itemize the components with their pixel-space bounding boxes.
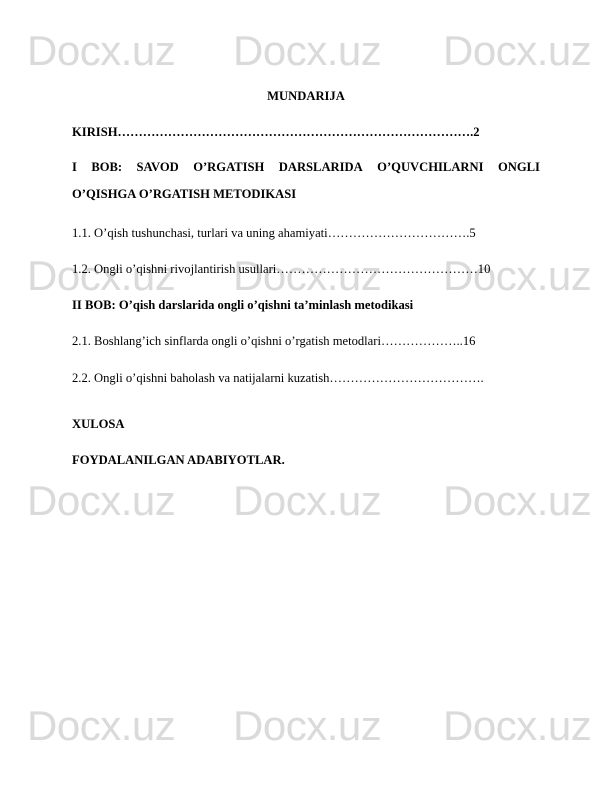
document-page: MUNDARIJA KIRISH………………………………………………………………… bbox=[0, 0, 612, 792]
toc-entry-intro: KIRISH………………………………………………………………………….2 bbox=[72, 124, 540, 140]
chapter1-word: SAVOD bbox=[137, 159, 179, 175]
toc-leader-dots: …………………………………………………………………………. bbox=[118, 125, 474, 139]
toc-entry-label: 1.2. Ongli o’qishni rivojlantirish usull… bbox=[72, 262, 276, 276]
toc-entry-1-2: 1.2. Ongli o’qishni rivojlantirish usull… bbox=[72, 261, 540, 277]
toc-page-number: 10 bbox=[478, 262, 491, 276]
chapter1-title-line2: O’QISHGA O’RGATISH METODIKASI bbox=[72, 186, 540, 202]
toc-page-number: 5 bbox=[469, 226, 475, 240]
toc-leader-dots: ……………………………. bbox=[328, 226, 470, 240]
toc-leader-dots: ………………………………. bbox=[329, 371, 483, 385]
toc-entry-references: FOYDALANILGAN ADABIYOTLAR. bbox=[72, 452, 540, 468]
chapter1-title-line1: I BOB: SAVOD O’RGATISH DARSLARIDA O’QUVC… bbox=[72, 159, 540, 175]
chapter1-word: DARSLARIDA bbox=[279, 159, 363, 175]
chapter1-word: I bbox=[72, 159, 77, 175]
toc-entry-label: 2.2. Ongli o’qishni baholash va natijala… bbox=[72, 371, 329, 385]
toc-entry-2-2: 2.2. Ongli o’qishni baholash va natijala… bbox=[72, 370, 540, 386]
toc-leader-dots: ………………………………………… bbox=[276, 262, 478, 276]
chapter1-word: O’RGATISH bbox=[193, 159, 264, 175]
toc-entry-conclusion: XULOSA bbox=[72, 416, 540, 432]
toc-leader-dots: ……………….. bbox=[381, 334, 463, 348]
toc-title: MUNDARIJA bbox=[0, 88, 612, 104]
toc-entry-label: KIRISH bbox=[72, 125, 118, 139]
chapter1-word: BOB: bbox=[91, 159, 122, 175]
toc-entry-label: 1.1. O’qish tushunchasi, turlari va unin… bbox=[72, 226, 328, 240]
chapter2-title: II BOB: O’qish darslarida ongli o’qishni… bbox=[72, 297, 540, 313]
chapter1-word: ONGLI bbox=[498, 159, 540, 175]
chapter1-word: O’QUVCHILARNI bbox=[377, 159, 483, 175]
toc-page-number: 16 bbox=[463, 334, 476, 348]
toc-entry-1-1: 1.1. O’qish tushunchasi, turlari va unin… bbox=[72, 225, 540, 241]
toc-page-number: 2 bbox=[473, 125, 479, 139]
toc-entry-label: 2.1. Boshlang’ich sinflarda ongli o’qish… bbox=[72, 334, 381, 348]
toc-entry-2-1: 2.1. Boshlang’ich sinflarda ongli o’qish… bbox=[72, 333, 540, 349]
